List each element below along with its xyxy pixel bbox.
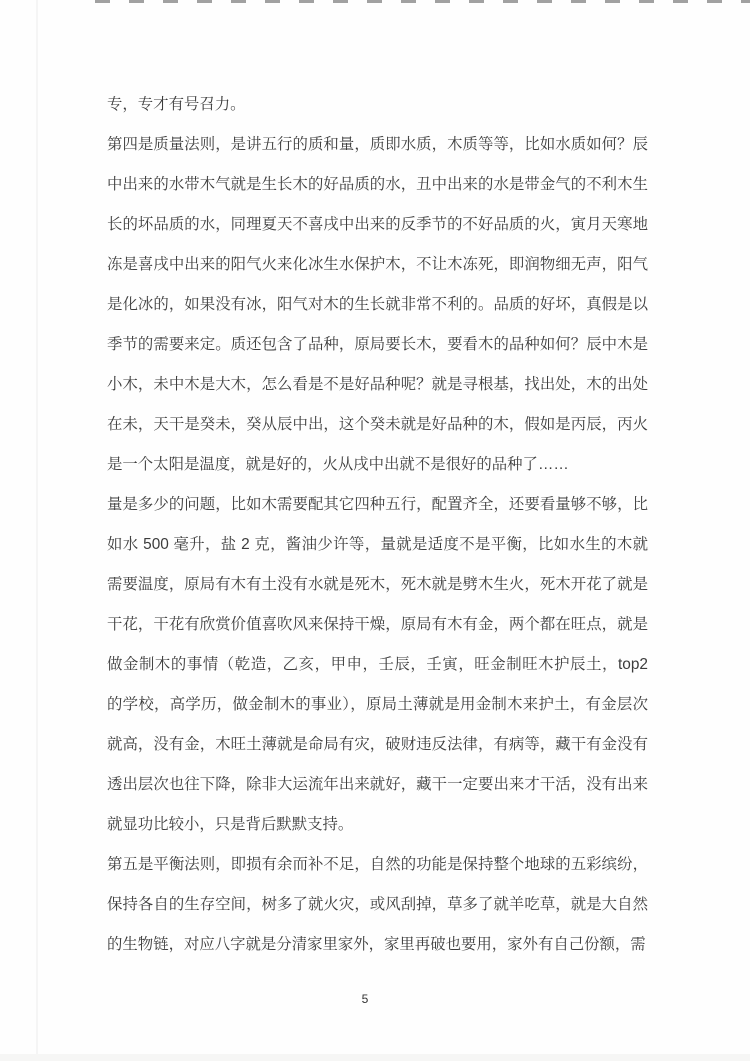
page-top-scan-artifact (95, 0, 750, 3)
page-bottom-edge-shade (0, 1054, 750, 1061)
document-page: 专，专才有号召力。 第四是质量法则，是讲五行的质和量，质即水质，木质等等，比如水… (0, 0, 750, 1061)
paragraph: 第四是质量法则，是讲五行的质和量，质即水质，木质等等，比如水质如何？辰中出来的水… (107, 125, 648, 485)
paragraph: 量是多少的问题，比如木需要配其它四种五行，配置齐全，还要看量够不够，比如水 50… (107, 485, 648, 845)
document-content: 专，专才有号召力。 第四是质量法则，是讲五行的质和量，质即水质，木质等等，比如水… (107, 85, 648, 965)
paragraph: 专，专才有号召力。 (107, 85, 648, 125)
left-fold-line (36, 0, 38, 1061)
paragraph: 第五是平衡法则，即损有余而补不足，自然的功能是保持整个地球的五彩缤纷，保持各自的… (107, 845, 648, 965)
page-number: 5 (10, 992, 720, 1006)
